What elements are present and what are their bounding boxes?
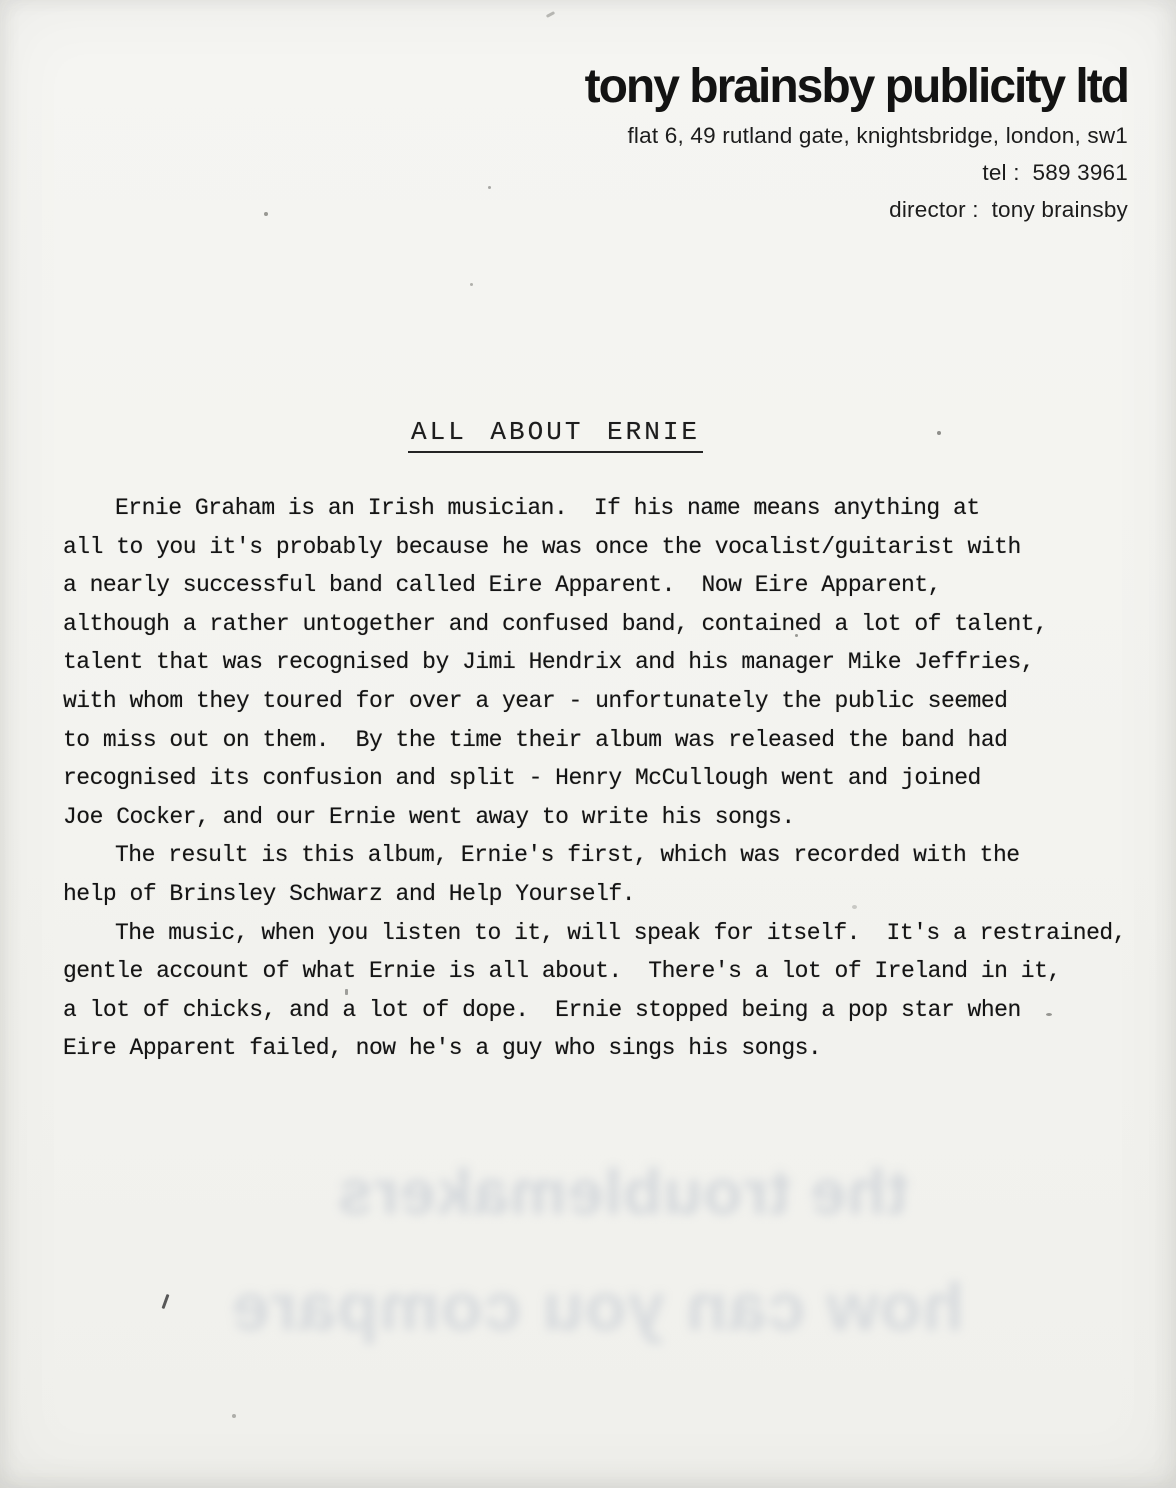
document-body: Ernie Graham is an Irish musician. If hi… [63,489,1126,1068]
body-line: all to you it's probably because he was … [63,528,1126,567]
scan-speck [852,905,857,909]
document-title: ALL ABOUT ERNIE [408,417,703,453]
scan-speck [1046,1013,1052,1016]
body-line: with whom they toured for over a year - … [63,682,1126,721]
show-through-ghost-text-line2: how can you compare [135,1268,1060,1346]
scan-speck [264,212,268,216]
show-through-ghost-text-line1: the troublemakers [225,1155,1020,1229]
scan-speck [795,634,798,637]
scan-speck [937,431,941,435]
body-line: The result is this album, Ernie's first,… [63,836,1126,875]
body-line: a nearly successful band called Eire App… [63,566,1126,605]
body-line: The music, when you listen to it, will s… [63,914,1126,953]
body-line: Eire Apparent failed, now he's a guy who… [63,1029,1126,1068]
scan-speck [345,989,348,995]
company-name: tony brainsby publicity ltd [585,62,1128,112]
body-line: recognised its confusion and split - Hen… [63,759,1126,798]
body-line: a lot of chicks, and a lot of dope. Erni… [63,991,1126,1030]
scan-speck [546,11,555,18]
body-line: to miss out on them. By the time their a… [63,721,1126,760]
scan-speck [470,283,473,286]
telephone-line: tel : 589 3961 [585,160,1128,186]
body-line: help of Brinsley Schwarz and Help Yourse… [63,875,1126,914]
body-line: although a rather untogether and confuse… [63,605,1126,644]
director-line: director : tony brainsby [585,197,1128,223]
scan-speck [488,186,491,189]
company-address: flat 6, 49 rutland gate, knightsbridge, … [585,123,1128,149]
body-line: talent that was recognised by Jimi Hendr… [63,643,1126,682]
body-line: Ernie Graham is an Irish musician. If hi… [63,489,1126,528]
body-line: Joe Cocker, and our Ernie went away to w… [63,798,1126,837]
scan-speck [232,1414,236,1418]
scanned-press-release-page: tony brainsby publicity ltd flat 6, 49 r… [0,0,1176,1488]
body-line: gentle account of what Ernie is all abou… [63,952,1126,991]
letterhead: tony brainsby publicity ltd flat 6, 49 r… [585,62,1128,223]
